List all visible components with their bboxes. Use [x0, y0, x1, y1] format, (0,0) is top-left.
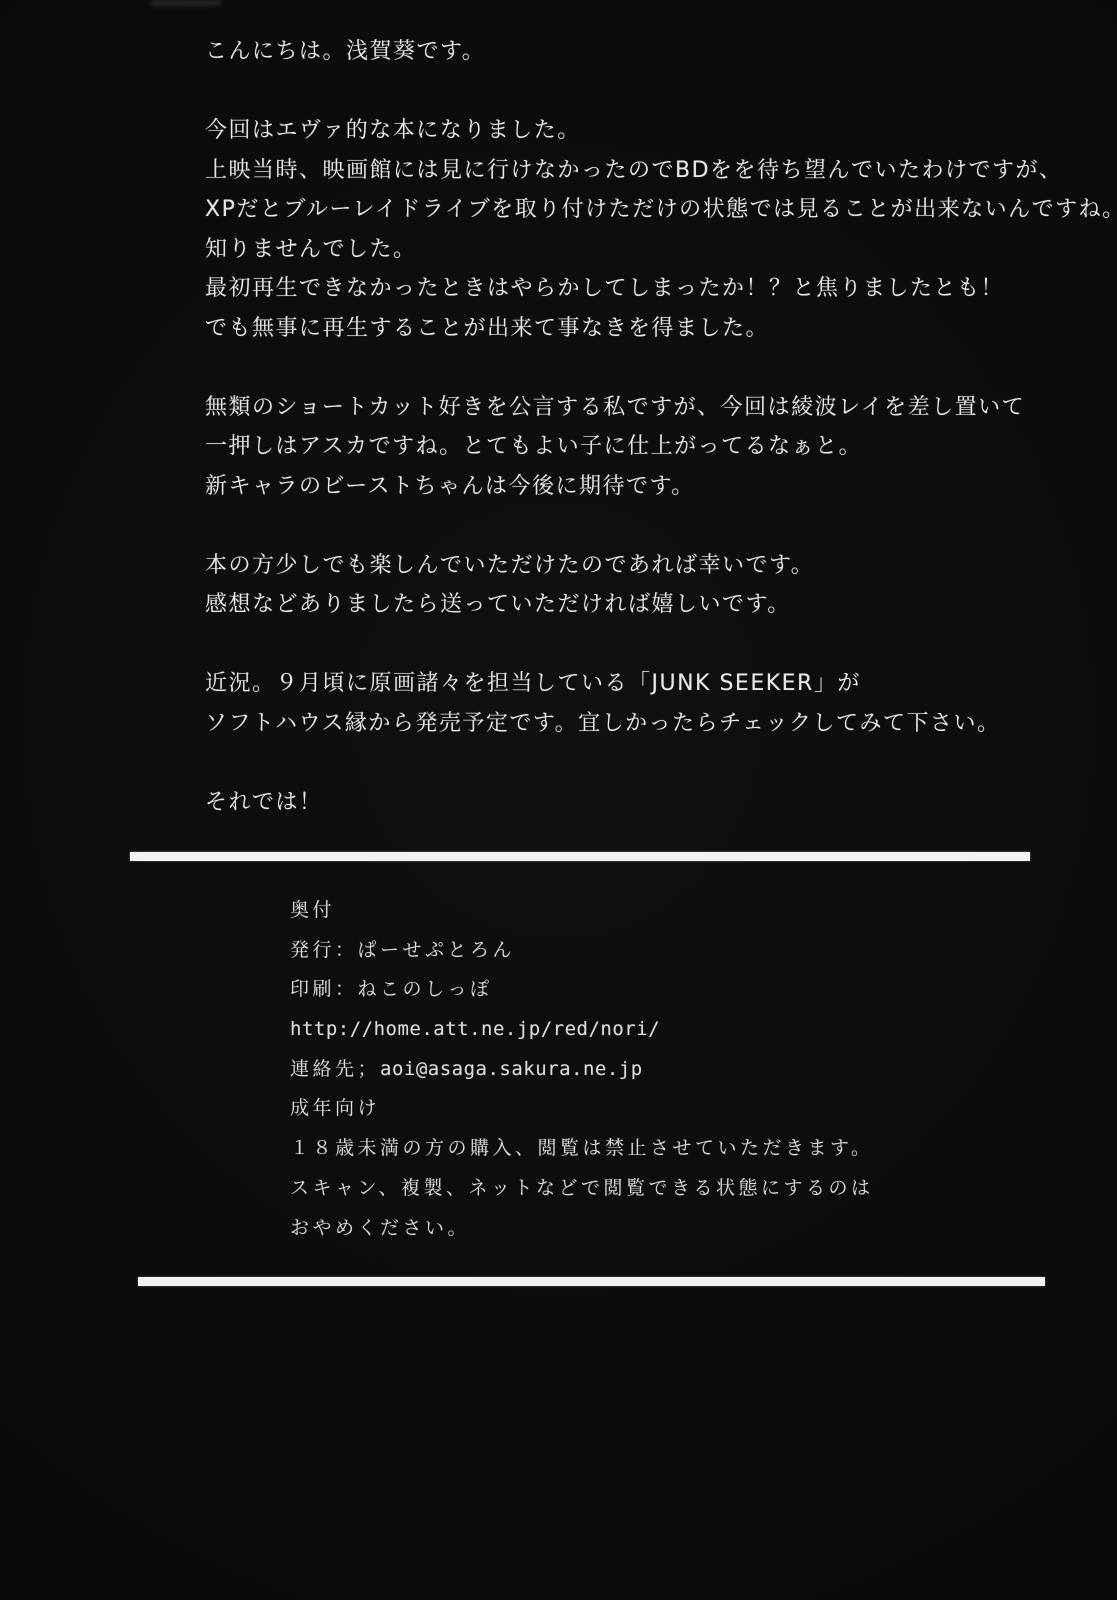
- afterword-line: 知りませんでした。: [205, 230, 1117, 270]
- afterword-line: 本の方少しでも楽しんでいただけたのであれば幸いです。: [205, 546, 1117, 586]
- scanned-page: こんにちは。浅賀葵です。 今回はエヴァ的な本になりました。 上映当時、映画館には…: [0, 0, 1117, 1600]
- printer-line: 印刷：ねこのしっぽ: [290, 970, 873, 1010]
- afterword-closing-line: それでは！: [205, 783, 1117, 823]
- notice-line: おやめください。: [290, 1209, 873, 1249]
- afterword-line: XPだとブルーレイドライブを取り付けただけの状態では見ることが出来ないんですね。: [205, 190, 1117, 230]
- contact-label: 連絡先；: [290, 1058, 380, 1080]
- colophon-block: 奥付 発行：ぱーせぷとろん 印刷：ねこのしっぽ http://home.att.…: [290, 891, 873, 1248]
- blank-line: [205, 625, 1117, 665]
- colophon-heading: 奥付: [290, 891, 873, 931]
- afterword-line: 上映当時、映画館には見に行けなかったのでBDをを待ち望んでいたわけですが、: [205, 151, 1117, 191]
- blank-line: [205, 72, 1117, 112]
- afterword-text: こんにちは。浅賀葵です。 今回はエヴァ的な本になりました。 上映当時、映画館には…: [205, 32, 1117, 822]
- blank-line: [205, 743, 1117, 783]
- contact-line: 連絡先；aoi@asaga.sakura.ne.jp: [290, 1050, 873, 1090]
- blank-line: [205, 506, 1117, 546]
- afterword-line: 感想などありましたら送っていただければ嬉しいです。: [205, 585, 1117, 625]
- publisher-line: 発行：ぱーせぷとろん: [290, 931, 873, 971]
- divider-rule-bottom: [138, 1277, 1045, 1286]
- afterword-line: 新キャラのビーストちゃんは今後に期待です。: [205, 467, 1117, 507]
- blank-line: [205, 348, 1117, 388]
- website-url: http://home.att.ne.jp/red/nori/: [290, 1010, 873, 1050]
- afterword-line: でも無事に再生することが出来て事なきを得ました。: [205, 309, 1117, 349]
- afterword-line: 今回はエヴァ的な本になりました。: [205, 111, 1117, 151]
- afterword-line: 一押しはアスカですね。とてもよい子に仕上がってるなぁと。: [205, 427, 1117, 467]
- notice-line: スキャン、複製、ネットなどで閲覧できる状態にするのは: [290, 1169, 873, 1209]
- afterword-line: 最初再生できなかったときはやらかしてしまったか！？と焦りましたとも！: [205, 269, 1117, 309]
- afterword-line: ソフトハウス縁から発売予定です。宜しかったらチェックしてみて下さい。: [205, 704, 1117, 744]
- scan-artifact: [150, 0, 222, 6]
- afterword-line: こんにちは。浅賀葵です。: [205, 32, 1117, 72]
- afterword-line: 近況。９月頃に原画諸々を担当している「JUNK SEEKER」が: [205, 664, 1117, 704]
- afterword-line: 無類のショートカット好きを公言する私ですが、今回は綾波レイを差し置いて: [205, 388, 1117, 428]
- divider-rule-top: [130, 852, 1030, 861]
- notice-line: １８歳未満の方の購入、閲覧は禁止させていただきます。: [290, 1129, 873, 1169]
- age-rating: 成年向け: [290, 1089, 873, 1129]
- contact-email: aoi@asaga.sakura.ne.jp: [380, 1058, 643, 1080]
